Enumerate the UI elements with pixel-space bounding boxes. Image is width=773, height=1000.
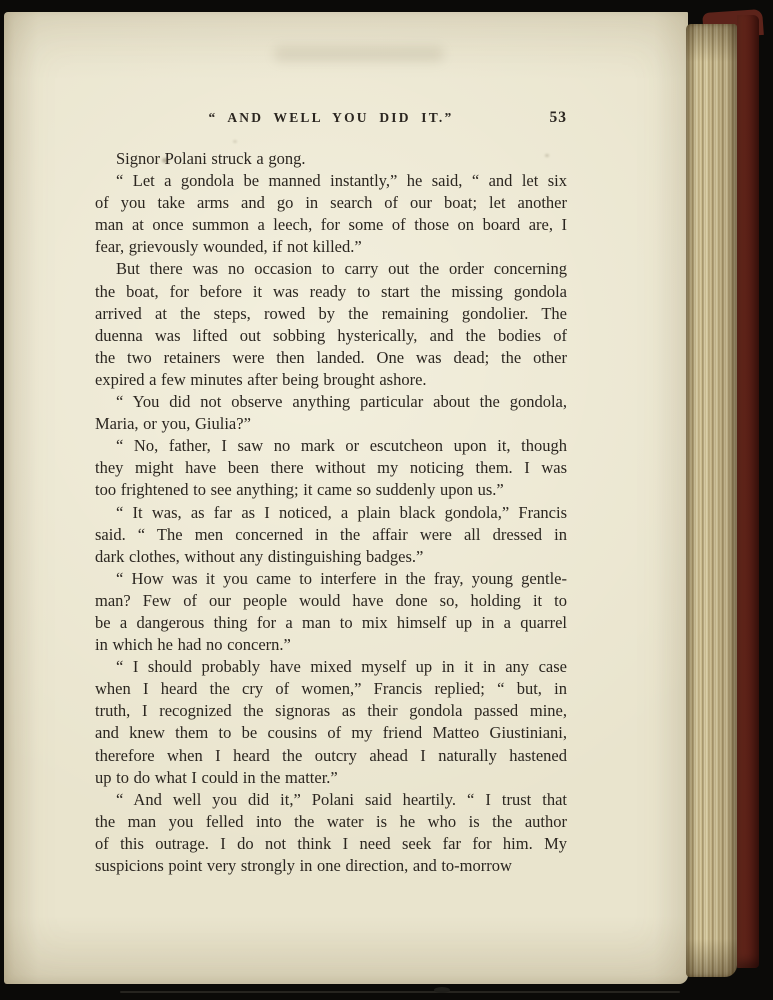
paragraph: “ How was it you came to interfere in th… [95, 568, 567, 656]
text-line: Signor Polani struck a gong. [95, 148, 567, 170]
paragraph: “ No, father, I saw no mark or escutcheo… [95, 435, 567, 501]
text-line: and knew them to be cousins of my friend… [95, 722, 567, 744]
text-line: “ It was, as far as I noticed, a plain b… [95, 502, 567, 524]
smudge [233, 140, 237, 143]
text-line: “ No, father, I saw no mark or escutcheo… [95, 435, 567, 457]
text-line: too frightened to see anything; it came … [95, 479, 567, 501]
text-line: duenna was lifted out sobbing hysterical… [95, 325, 567, 347]
text-line: dark clothes, without any distinguishing… [95, 546, 567, 568]
text-line: in which he had no concern.” [95, 634, 567, 656]
book-cover-edge [737, 15, 759, 968]
table-edge-nub [434, 987, 450, 993]
running-title: “ AND WELL YOU DID IT.” [95, 110, 567, 126]
book-page: “ AND WELL YOU DID IT.” 53 Signor Polani… [4, 12, 688, 984]
table-edge-line [120, 991, 680, 993]
text-line: the boat, for before it was ready to sta… [95, 281, 567, 303]
text-line: “ And well you did it,” Polani said hear… [95, 789, 567, 811]
paragraph: “ You did not observe anything particula… [95, 391, 567, 435]
text-line: be a dangerous thing for a man to mix hi… [95, 612, 567, 634]
paragraph: “ It was, as far as I noticed, a plain b… [95, 502, 567, 568]
text-line: “ Let a gondola be manned instantly,” he… [95, 170, 567, 192]
text-line: man? Few of our people would have done s… [95, 590, 567, 612]
text-line: expired a few minutes after being brough… [95, 369, 567, 391]
text-line: arrived at the steps, rowed by the remai… [95, 303, 567, 325]
text-line: therefore when I heard the outcry ahead … [95, 745, 567, 767]
text-line: said. “ The men concerned in the affair … [95, 524, 567, 546]
scanned-book-photo: “ AND WELL YOU DID IT.” 53 Signor Polani… [0, 0, 773, 1000]
text-line: up to do what I could in the matter.” [95, 767, 567, 789]
text-line: the man you felled into the water is he … [95, 811, 567, 833]
text-line: of you take arms and go in search of our… [95, 192, 567, 214]
paragraph: “ I should probably have mixed myself up… [95, 656, 567, 789]
text-line: “ I should probably have mixed myself up… [95, 656, 567, 678]
paragraph: “ And well you did it,” Polani said hear… [95, 789, 567, 877]
paragraph: But there was no occasion to carry out t… [95, 258, 567, 391]
text-line: truth, I recognized the signoras as thei… [95, 700, 567, 722]
text-line: But there was no occasion to carry out t… [95, 258, 567, 280]
text-line: fear, grievously wounded, if not killed.… [95, 236, 567, 258]
book-page-edges [686, 24, 737, 977]
body-text: Signor Polani struck a gong.“ Let a gond… [95, 148, 567, 877]
text-line: the two retainers were then landed. One … [95, 347, 567, 369]
scan-artifact-streak [274, 46, 444, 62]
paragraph: “ Let a gondola be manned instantly,” he… [95, 170, 567, 258]
page-number: 53 [550, 109, 568, 127]
text-line: of this outrage. I do not think I need s… [95, 833, 567, 855]
text-line: “ How was it you came to interfere in th… [95, 568, 567, 590]
text-line: Maria, or you, Giulia?” [95, 413, 567, 435]
text-line: when I heard the cry of women,” Francis … [95, 678, 567, 700]
text-line: suspicions point very strongly in one di… [95, 855, 567, 877]
paragraph: Signor Polani struck a gong. [95, 148, 567, 170]
text-line: man at once summon a leech, for some of … [95, 214, 567, 236]
page-header: “ AND WELL YOU DID IT.” 53 [95, 110, 567, 132]
text-line: “ You did not observe anything particula… [95, 391, 567, 413]
text-line: they might have been there without my no… [95, 457, 567, 479]
